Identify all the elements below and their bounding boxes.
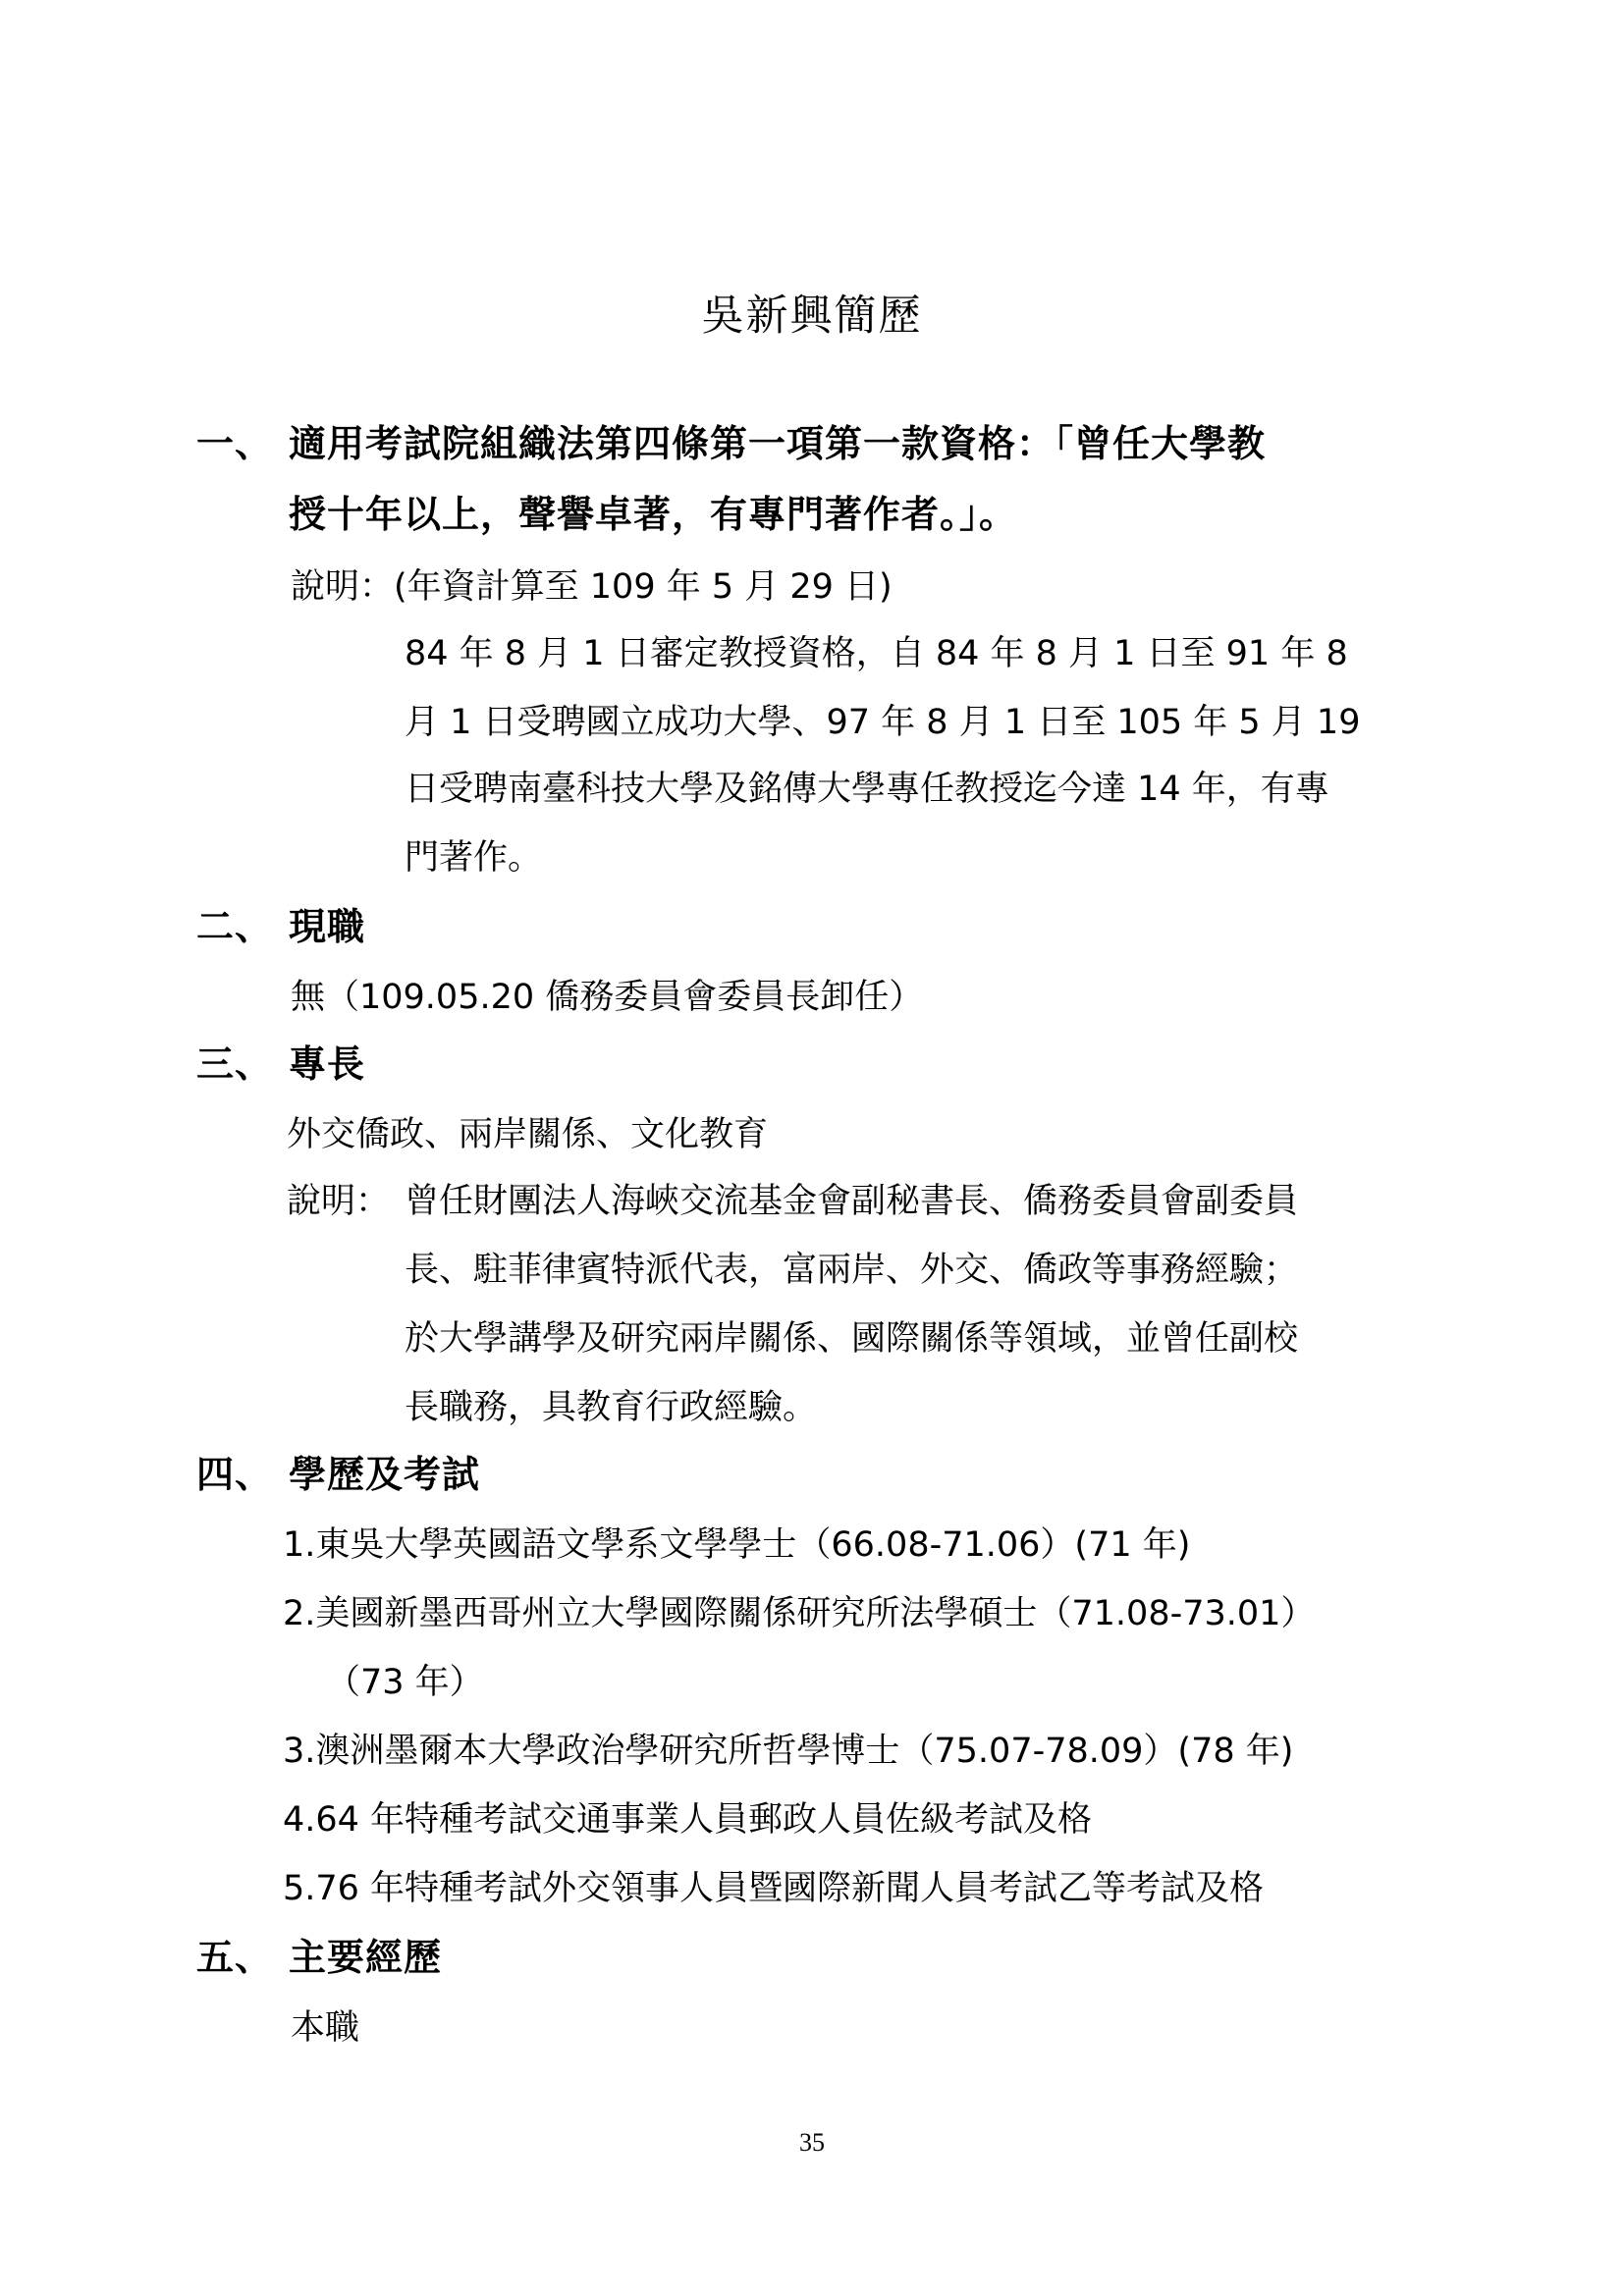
section-3-heading: 三、專長 bbox=[196, 1041, 365, 1088]
education-item-continued: （73 年） bbox=[326, 1659, 484, 1706]
exam-item: 5.76 年特種考試外交領事人員暨國際新聞人員考試乙等考試及格 bbox=[283, 1865, 1264, 1912]
section-3-heading-text: 專長 bbox=[289, 1042, 365, 1086]
section-3-body: 外交僑政、兩岸關係、文化教育 bbox=[287, 1111, 768, 1158]
section-1-note-label: 說明：(年資計算至 109 年 5 月 29 日) bbox=[291, 563, 893, 611]
section-3-note-line: 曾任財團法人海峽交流基金會副秘書長、僑務委員會副委員 bbox=[405, 1178, 1298, 1225]
section-3-note-line: 長職務，具教育行政經驗。 bbox=[405, 1384, 817, 1431]
education-item: 1.東吳大學英國語文學系文學學士（66.08-71.06）(71 年) bbox=[283, 1522, 1190, 1569]
section-3-note-line: 於大學講學及研究兩岸關係、國際關係等領域，並曾任副校 bbox=[405, 1315, 1298, 1362]
section-4-heading: 四、學歷及考試 bbox=[196, 1451, 480, 1498]
section-2-body: 無（109.05.20 僑務委員會委員長卸任） bbox=[291, 974, 923, 1021]
section-4-number: 四、 bbox=[196, 1451, 289, 1498]
section-1-note-line: 日受聘南臺科技大學及銘傳大學專任教授迄今達 14 年，有專 bbox=[405, 766, 1329, 813]
section-2-heading: 二、現職 bbox=[196, 903, 365, 950]
education-item: 2.美國新墨西哥州立大學國際關係研究所法學碩士（71.08-73.01） bbox=[283, 1590, 1315, 1637]
section-3-note-line: 長、駐菲律賓特派代表，富兩岸、外交、僑政等事務經驗； bbox=[405, 1247, 1298, 1294]
section-5-heading: 五、主要經歷 bbox=[196, 1934, 442, 1981]
section-5-body: 本職 bbox=[291, 2004, 359, 2052]
section-3-note-label: 說明： bbox=[287, 1178, 390, 1225]
page-title: 吳新興簡歷 bbox=[0, 283, 1624, 343]
section-1-number: 一、 bbox=[196, 420, 289, 467]
section-5-number: 五、 bbox=[196, 1934, 289, 1981]
section-1-note-line: 門著作。 bbox=[405, 834, 542, 881]
exam-item: 4.64 年特種考試交通事業人員郵政人員佐級考試及格 bbox=[283, 1796, 1092, 1843]
section-1-heading-line1: 適用考試院組織法第四條第一項第一款資格：「曾任大學教 bbox=[289, 422, 1266, 465]
section-1-note-line: 84 年 8 月 1 日審定教授資格，自 84 年 8 月 1 日至 91 年 … bbox=[405, 630, 1348, 677]
section-3-number: 三、 bbox=[196, 1041, 289, 1088]
section-1-heading: 一、適用考試院組織法第四條第一項第一款資格：「曾任大學教 bbox=[196, 420, 1266, 467]
section-2-number: 二、 bbox=[196, 903, 289, 950]
page-number: 35 bbox=[0, 2128, 1624, 2158]
section-2-heading-text: 現職 bbox=[289, 905, 365, 948]
education-item: 3.澳洲墨爾本大學政治學研究所哲學博士（75.07-78.09）(78 年) bbox=[283, 1728, 1293, 1775]
document-page: 吳新興簡歷 一、適用考試院組織法第四條第一項第一款資格：「曾任大學教 授十年以上… bbox=[0, 0, 1624, 2296]
section-5-heading-text: 主要經歷 bbox=[289, 1936, 442, 1979]
section-1-note-line: 月 1 日受聘國立成功大學、97 年 8 月 1 日至 105 年 5 月 19 bbox=[405, 699, 1360, 746]
section-1-heading-continued: 授十年以上，聲譽卓著，有專門著作者。」。 bbox=[289, 491, 1017, 538]
section-4-heading-text: 學歷及考試 bbox=[289, 1453, 480, 1496]
